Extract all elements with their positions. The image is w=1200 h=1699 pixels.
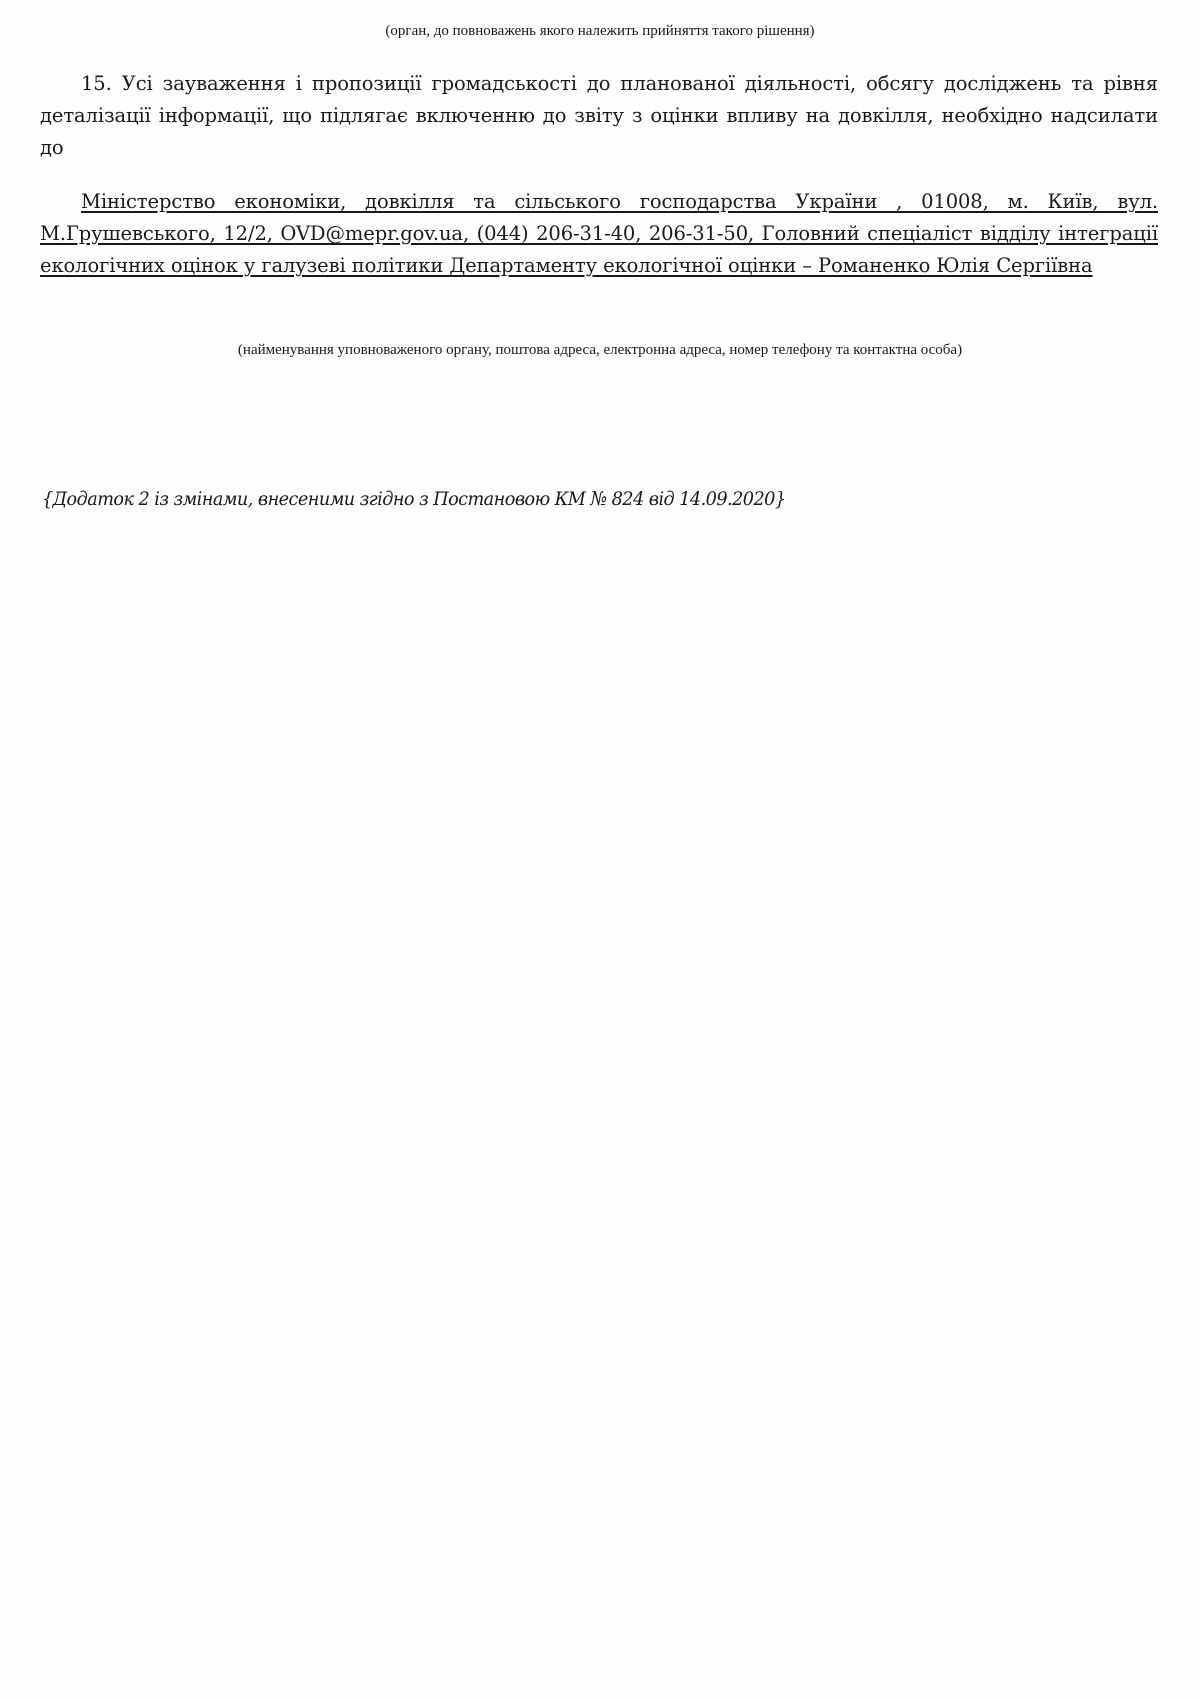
paragraph-15: 15. Усі зауваження і пропозиції громадсь… [40, 68, 1158, 164]
recipient-caption: (найменування уповноваженого органу, пош… [0, 341, 1200, 359]
document-page: (орган, до повноважень якого належить пр… [0, 0, 1200, 1699]
recipient-block: Міністерство економіки, довкілля та сіль… [40, 186, 1158, 282]
authority-caption: (орган, до повноважень якого належить пр… [0, 22, 1200, 40]
recipient-details: Міністерство економіки, довкілля та сіль… [40, 190, 1158, 277]
amendment-note: {Додаток 2 із змінами, внесеними згідно … [42, 487, 786, 511]
